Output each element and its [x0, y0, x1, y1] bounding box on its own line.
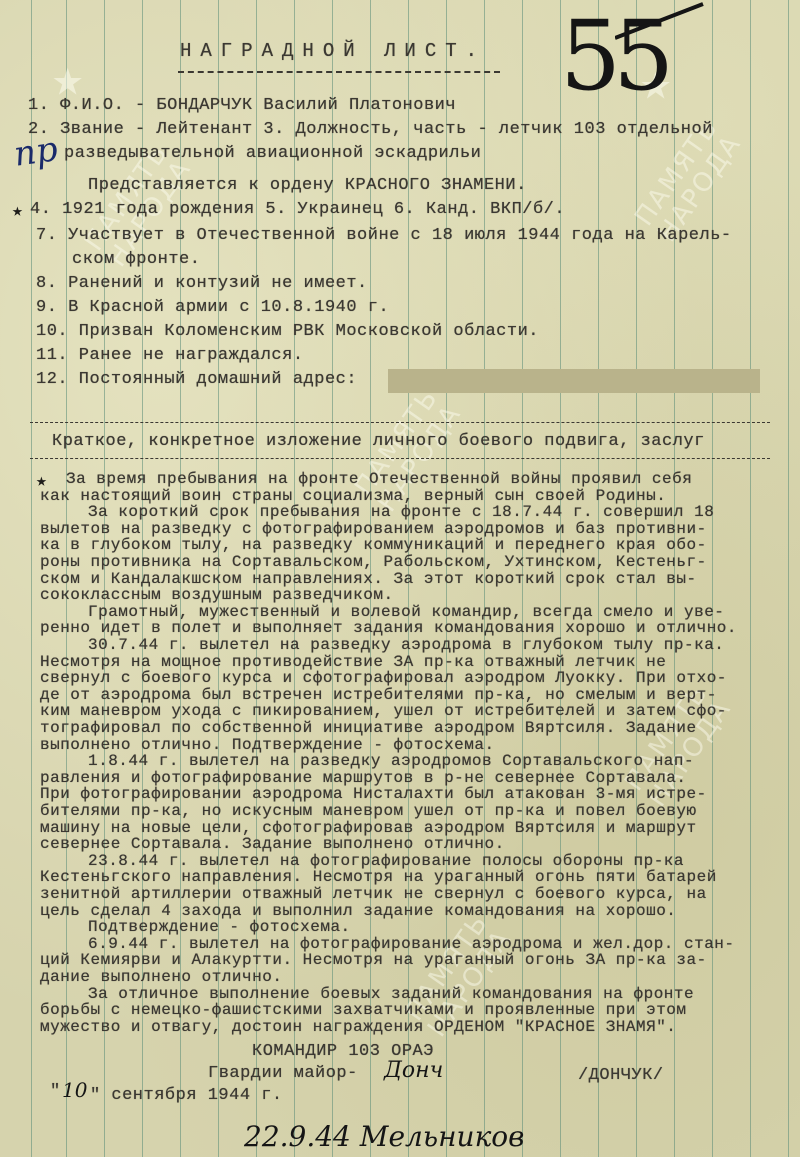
narrative-line: машину на новые цели, сфотографировав аэ…: [40, 819, 697, 837]
narrative-line: 1.8.44 г. вылетел на разведку аэродромов…: [88, 752, 694, 770]
field-previous-awards: 11. Ранее не награждался.: [36, 346, 304, 365]
narrative-line: При фотографировании аэродрома Нисталахт…: [40, 785, 707, 803]
document-title: НАГРАДНОЙ ЛИСТ.: [180, 40, 486, 62]
narrative-line: тографировал по собственной инициативе а…: [40, 719, 697, 737]
narrative-line: Кестеньгского направления. Несмотря на у…: [40, 868, 717, 886]
margin-mark: пр: [11, 129, 60, 175]
field-war-participation-cont: ском фронте.: [72, 250, 200, 269]
date-rest: " сентября 1944 г.: [90, 1086, 283, 1105]
endorsement: 22.9.44 Мельников: [244, 1120, 524, 1153]
narrative-line: ренно идет в полет и выполняет задания к…: [40, 619, 737, 637]
field-position-cont: разведывательной авиационной эскадрильи: [64, 144, 481, 163]
narrative-line: ким маневром ухода с пикированием, ушел …: [40, 702, 727, 720]
dashed-separator: [30, 458, 770, 459]
title-underline: [178, 71, 500, 73]
narrative-line: ций Кемиярви и Алакуртти. Несмотря на ур…: [40, 951, 707, 969]
narrative-line: борьбы с немецко-фашистскими захватчикам…: [40, 1001, 687, 1019]
dashed-separator: [30, 422, 770, 423]
section-heading: Краткое, конкретное изложение личного бо…: [52, 432, 705, 451]
narrative-line: сококлассным воздушным разведчиком.: [40, 586, 394, 604]
narrative-line: как настоящий воин страны социализма, ве…: [40, 487, 666, 505]
bullet-star-icon: ★: [12, 200, 23, 222]
nomination: Представляется к ордену КРАСНОГО ЗНАМЕНИ…: [88, 176, 527, 195]
narrative-line: За отличное выполнение боевых заданий ко…: [88, 985, 694, 1003]
narrative-line: Несмотря на мощное противодействие ЗА пр…: [40, 653, 666, 671]
narrative-line: выполнено отлично. Подтверждение - фотос…: [40, 736, 495, 754]
narrative-line: мужество и отвагу, достоин награждения О…: [40, 1018, 676, 1036]
narrative-line: Подтверждение - фотосхема.: [88, 918, 351, 936]
narrative-line: Грамотный, мужественный и волевой команд…: [88, 603, 724, 621]
field-fio: 1. Ф.И.О. - БОНДАРЧУК Василий Платонович: [28, 96, 456, 115]
field-wounds: 8. Ранений и контузий не имеет.: [36, 274, 368, 293]
commander-rank: Гвардии майор-: [208, 1064, 358, 1083]
pen-stroke-icon: [615, 0, 705, 40]
narrative-line: зенитной артиллерии отважный летчик не с…: [40, 885, 707, 903]
commander-name: /ДОНЧУК/: [578, 1066, 664, 1085]
narrative-line: свернул с боевого курса и сфотографирова…: [40, 669, 727, 687]
narrative-line: За короткий срок пребывания на фронте с …: [88, 503, 714, 521]
field-home-address: 12. Постоянный домашний адрес:: [36, 370, 357, 389]
redacted-address: [388, 369, 760, 393]
narrative-line: ка в глубоком тылу, на разведку коммуник…: [40, 536, 707, 554]
narrative-line: бителями пр-ка, но искусным маневром уше…: [40, 802, 697, 820]
field-drafted: 10. Призван Коломенским РВК Московской о…: [36, 322, 539, 341]
date-open-quote: ": [50, 1082, 61, 1101]
narrative-line: ском и Кандалакшском направлениях. За эт…: [40, 570, 697, 588]
narrative-line: 30.7.44 г. вылетел на разведку аэродрома…: [88, 636, 724, 654]
narrative-line: севернее Сортавала. Задание выполнено от…: [40, 835, 505, 853]
narrative-line: роны противника на Сортавальском, Раболь…: [40, 553, 707, 571]
commander-signature: Донч: [384, 1058, 443, 1083]
field-birth-nationality-party: 4. 1921 года рождения 5. Украинец 6. Кан…: [30, 200, 565, 219]
field-rank-position: 2. Звание - Лейтенант 3. Должность, част…: [28, 120, 713, 139]
field-war-participation: 7. Участвует в Отечественной войне с 18 …: [36, 226, 732, 245]
date-day: 10: [62, 1078, 87, 1102]
narrative-line: дание выполнено отлично.: [40, 968, 282, 986]
narrative-line: За время пребывания на фронте Отечествен…: [66, 470, 692, 488]
narrative-line: цель сделал 4 захода и выполнил задание …: [40, 902, 676, 920]
field-army-since: 9. В Красной армии с 10.8.1940 г.: [36, 298, 389, 317]
